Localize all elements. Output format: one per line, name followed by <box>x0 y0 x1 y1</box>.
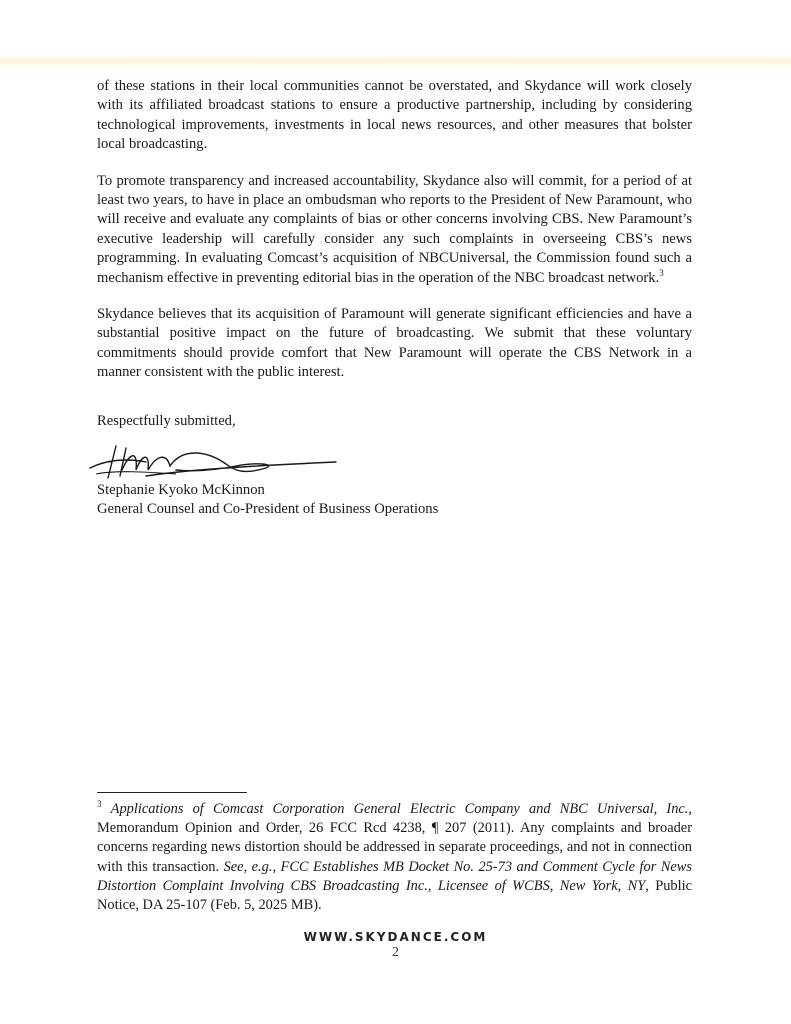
footnote-divider <box>97 792 247 793</box>
paragraph-ombudsman: To promote transparency and increased ac… <box>97 172 692 288</box>
paragraph-local-stations: of these stations in their local communi… <box>97 77 692 155</box>
footnote-3: 3 Applications of Comcast Corporation Ge… <box>97 800 692 915</box>
letter-body: of these stations in their local communi… <box>97 77 692 400</box>
paragraph-ombudsman-text: To promote transparency and increased ac… <box>97 173 692 286</box>
signature-image <box>86 440 346 482</box>
footnote-signal: See, e.g. <box>224 859 273 875</box>
signer-name: Stephanie Kyoko McKinnon <box>97 481 438 500</box>
footnote-number: 3 <box>97 799 102 809</box>
footer-website: WWW.SKYDANCE.COM <box>0 930 791 944</box>
paragraph-conclusion: Skydance believes that its acquisition o… <box>97 305 692 383</box>
scan-artifact-band <box>0 55 791 69</box>
footnote-separator: , <box>272 859 280 875</box>
footnote-case-title: Applications of Comcast Corporation Gene… <box>111 801 689 817</box>
signature-block: Stephanie Kyoko McKinnon General Counsel… <box>97 481 438 520</box>
footnote-reference[interactable]: 3 <box>659 268 664 278</box>
closing-salutation: Respectfully submitted, <box>97 413 236 430</box>
signer-title: General Counsel and Co-President of Busi… <box>97 500 438 519</box>
page-number: 2 <box>0 945 791 961</box>
